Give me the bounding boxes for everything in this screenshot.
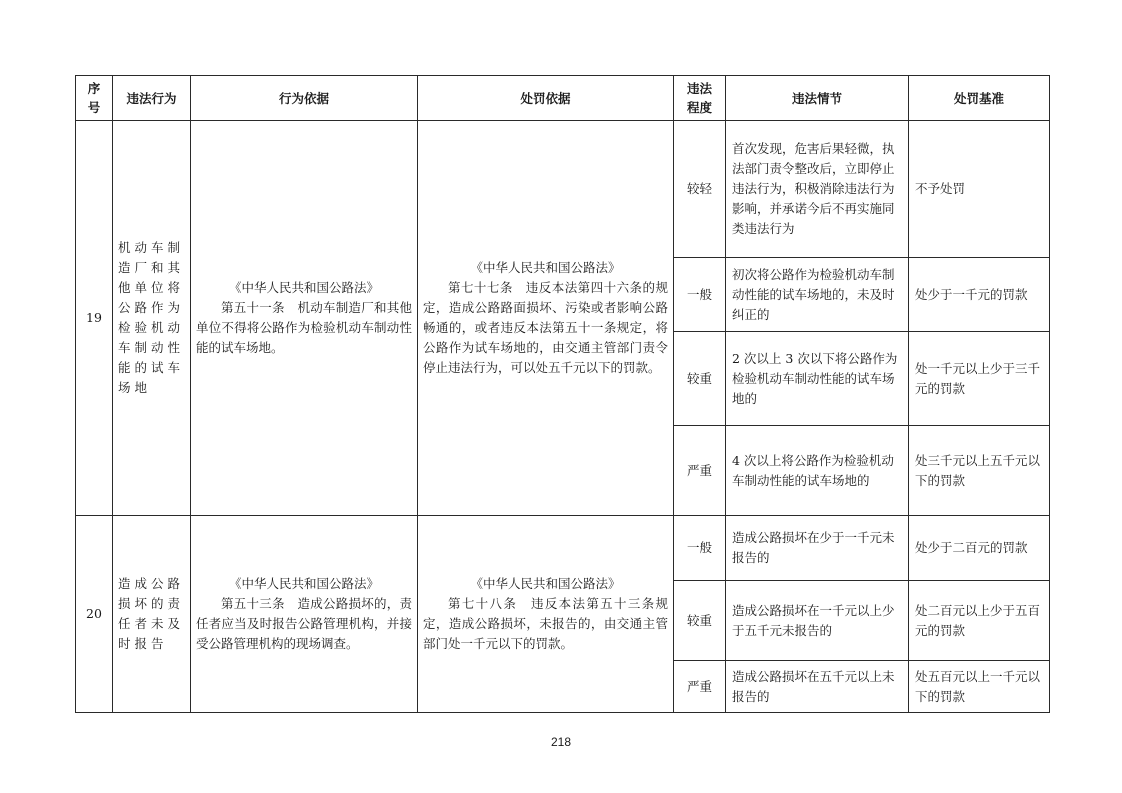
law-article: 第五十一条 机动车制造厂和其他单位不得将公路作为检验机动车制动性能的试车场地。 <box>196 298 412 358</box>
standard-cell: 处一千元以上少于三千元的罚款 <box>909 332 1050 426</box>
act-basis: 《中华人民共和国公路法》 第五十三条 造成公路损坏的，责任者应当及时报告公路管理… <box>191 516 418 713</box>
law-article: 第七十八条 违反本法第五十三条规定，造成公路损坏，未报告的，由交通主管部门处一千… <box>423 594 668 654</box>
degree-cell: 一般 <box>674 258 726 332</box>
violation-act: 机动车制造厂和其他单位将公路作为检验机动车制动性能的试车场地 <box>113 121 191 516</box>
penalty-standard-table: 序号 违法行为 行为依据 处罚依据 违法程度 违法情节 处罚基准 19 机动车制… <box>75 75 1050 713</box>
standard-cell: 处二百元以上少于五百元的罚款 <box>909 581 1050 661</box>
plot-cell: 造成公路损坏在一千元以上少于五千元未报告的 <box>726 581 909 661</box>
standard-cell: 处少于二百元的罚款 <box>909 516 1050 581</box>
header-standard: 处罚基准 <box>909 76 1050 121</box>
header-penalty-basis: 处罚依据 <box>418 76 674 121</box>
header-no: 序号 <box>76 76 113 121</box>
header-degree: 违法程度 <box>674 76 726 121</box>
law-title: 《中华人民共和国公路法》 <box>196 574 412 594</box>
header-act: 违法行为 <box>113 76 191 121</box>
plot-cell: 2 次以上 3 次以下将公路作为检验机动车制动性能的试车场地的 <box>726 332 909 426</box>
law-title: 《中华人民共和国公路法》 <box>423 574 668 594</box>
law-title: 《中华人民共和国公路法》 <box>423 258 668 278</box>
row-number: 19 <box>76 121 113 516</box>
standard-cell: 不予处罚 <box>909 121 1050 258</box>
penalty-basis: 《中华人民共和国公路法》 第七十七条 违反本法第四十六条的规定，造成公路路面损坏… <box>418 121 674 516</box>
law-article: 第五十三条 造成公路损坏的，责任者应当及时报告公路管理机构，并接受公路管理机构的… <box>196 594 412 654</box>
plot-cell: 首次发现，危害后果轻微，执法部门责令整改后，立即停止违法行为，积极消除违法行为影… <box>726 121 909 258</box>
degree-cell: 较轻 <box>674 121 726 258</box>
header-plot: 违法情节 <box>726 76 909 121</box>
penalty-basis: 《中华人民共和国公路法》 第七十八条 违反本法第五十三条规定，造成公路损坏，未报… <box>418 516 674 713</box>
header-row: 序号 违法行为 行为依据 处罚依据 违法程度 违法情节 处罚基准 <box>76 76 1050 121</box>
standard-cell: 处五百元以上一千元以下的罚款 <box>909 661 1050 713</box>
plot-cell: 造成公路损坏在少于一千元未报告的 <box>726 516 909 581</box>
row-number: 20 <box>76 516 113 713</box>
plot-cell: 造成公路损坏在五千元以上未报告的 <box>726 661 909 713</box>
table-row: 20 造成公路损坏的责任者未及时报告 《中华人民共和国公路法》 第五十三条 造成… <box>76 516 1050 581</box>
degree-cell: 一般 <box>674 516 726 581</box>
page-number: 218 <box>0 735 1122 749</box>
header-act-basis: 行为依据 <box>191 76 418 121</box>
degree-cell: 较重 <box>674 581 726 661</box>
act-basis: 《中华人民共和国公路法》 第五十一条 机动车制造厂和其他单位不得将公路作为检验机… <box>191 121 418 516</box>
plot-cell: 初次将公路作为检验机动车制动性能的试车场地的，未及时纠正的 <box>726 258 909 332</box>
degree-cell: 严重 <box>674 426 726 516</box>
law-article: 第七十七条 违反本法第四十六条的规定，造成公路路面损坏、污染或者影响公路畅通的，… <box>423 278 668 378</box>
violation-act: 造成公路损坏的责任者未及时报告 <box>113 516 191 713</box>
plot-cell: 4 次以上将公路作为检验机动车制动性能的试车场地的 <box>726 426 909 516</box>
standard-cell: 处少于一千元的罚款 <box>909 258 1050 332</box>
degree-cell: 严重 <box>674 661 726 713</box>
law-title: 《中华人民共和国公路法》 <box>196 278 412 298</box>
standard-cell: 处三千元以上五千元以下的罚款 <box>909 426 1050 516</box>
table-row: 19 机动车制造厂和其他单位将公路作为检验机动车制动性能的试车场地 《中华人民共… <box>76 121 1050 258</box>
degree-cell: 较重 <box>674 332 726 426</box>
